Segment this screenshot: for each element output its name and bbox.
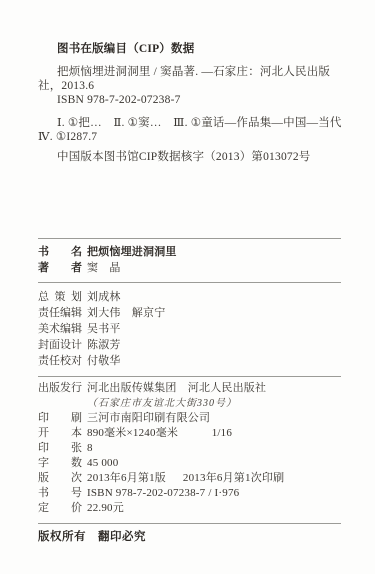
colophon-row-value: 8 [87, 441, 341, 456]
colophon-row-value: 22.90元 [87, 501, 341, 516]
colophon-row-value: 付敬华 [87, 353, 341, 369]
colophon-row-author: 著 者 窦 晶 [38, 260, 341, 276]
colophon-row-price: 定 价 22.90元 [38, 501, 341, 516]
colophon-row-value: 三河市南阳印刷有限公司 [87, 411, 341, 426]
colophon-row-art-editor: 美术编辑 吴书平 [38, 321, 341, 337]
colophon-row-label: 总 策 划 [38, 289, 82, 305]
colophon-row-book-title: 书 名 把烦恼埋进洞洞里 [38, 244, 341, 260]
colophon-row-label: 印 刷 [38, 411, 82, 426]
colophon-row-value: 吴书平 [87, 321, 341, 337]
colophon-row-label: 美术编辑 [38, 321, 82, 337]
colophon-row-publisher: 出版发行 河北出版传媒集团 河北人民出版社 [38, 381, 341, 396]
cip-isbn-line: ISBN 978-7-202-07238-7 [57, 93, 343, 107]
colophon-row-label: 书 号 [38, 486, 82, 501]
cip-entry-line-1: 把烦恼埋进洞洞里 / 窦晶著. —石家庄：河北人民出版 [57, 65, 343, 79]
colophon-row-value: 45 000 [87, 456, 341, 471]
colophon-row-word-count: 字 数 45 000 [38, 456, 341, 471]
colophon-row-value: 窦 晶 [87, 260, 341, 276]
colophon-row-label: 著 者 [38, 260, 82, 276]
colophon-row-publisher-address: （石家庄市友谊北大街330号） [38, 396, 341, 411]
colophon-row-sheets: 印 张 8 [38, 441, 341, 456]
colophon-row-value: 陈淑芳 [87, 337, 341, 353]
colophon-row-label: 出版发行 [38, 381, 82, 396]
colophon-row-label: 封面设计 [38, 337, 82, 353]
colophon-row-cover-design: 封面设计 陈淑芳 [38, 337, 341, 353]
colophon-row-label: 责任编辑 [38, 305, 82, 321]
colophon-row-label: 书 名 [38, 244, 82, 260]
colophon-row-chief-planner: 总 策 划 刘成林 [38, 289, 341, 305]
cip-entry-line-2: 社，2013.6 [38, 79, 343, 93]
colophon-row-edition: 版 次 2013年6月第1版 2013年6月第1次印刷 [38, 471, 341, 486]
colophon-row-responsible-editor: 责任编辑 刘大伟 解京宁 [38, 305, 341, 321]
colophon-row-label: 定 价 [38, 501, 82, 516]
book-copyright-page: 图书在版编目（CIP）数据 把烦恼埋进洞洞里 / 窦晶著. —石家庄：河北人民出… [0, 0, 375, 574]
colophon-row-value: 刘成林 [87, 289, 341, 305]
colophon-row-value: 刘大伟 解京宁 [87, 305, 341, 321]
cip-record-number-line: 中国版本图书馆CIP数据核字（2013）第013072号 [57, 150, 343, 164]
colophon-row-value: 把烦恼埋进洞洞里 [87, 244, 341, 260]
cip-heading: 图书在版编目（CIP）数据 [57, 42, 343, 56]
colophon-table: 书 名 把烦恼埋进洞洞里 著 者 窦 晶 总 策 划 刘成林 责任编辑 刘大伟 … [38, 238, 341, 524]
colophon-row-value: 2013年6月第1版 2013年6月第1次印刷 [87, 471, 341, 486]
colophon-row-label: 印 张 [38, 441, 82, 456]
colophon-row-format: 开 本 890毫米×1240毫米 1/16 [38, 426, 341, 441]
colophon-staff-section: 总 策 划 刘成林 责任编辑 刘大伟 解京宁 美术编辑 吴书平 封面设计 陈淑芳… [38, 283, 341, 377]
colophon-row-label: 字 数 [38, 456, 82, 471]
colophon-title-section: 书 名 把烦恼埋进洞洞里 著 者 窦 晶 [38, 238, 341, 283]
colophon-row-proofreader: 责任校对 付敬华 [38, 353, 341, 369]
cip-classification-line-2: Ⅳ. ①I287.7 [38, 130, 343, 144]
colophon-row-label: 版 次 [38, 471, 82, 486]
colophon-row-value: 890毫米×1240毫米 1/16 [87, 426, 341, 441]
colophon-row-label: 责任校对 [38, 353, 82, 369]
colophon-row-printer: 印 刷 三河市南阳印刷有限公司 [38, 411, 341, 426]
colophon-publishing-section: 出版发行 河北出版传媒集团 河北人民出版社 （石家庄市友谊北大街330号） 印 … [38, 377, 341, 524]
cip-classification-line-1: Ⅰ. ①把… Ⅱ. ①窦… Ⅲ. ①童话—作品集—中国—当代 [57, 116, 343, 130]
colophon-row-value: ISBN 978-7-202-07238-7 / I·976 [87, 486, 341, 501]
cip-data-block: 图书在版编目（CIP）数据 把烦恼埋进洞洞里 / 窦晶著. —石家庄：河北人民出… [38, 42, 343, 164]
colophon-row-label: 开 本 [38, 426, 82, 441]
colophon-row-value: 河北出版传媒集团 河北人民出版社 [87, 381, 341, 396]
copyright-notice: 版权所有 翻印必究 [38, 528, 146, 544]
publisher-address-note: （石家庄市友谊北大街330号） [87, 396, 341, 411]
colophon-row-book-number: 书 号 ISBN 978-7-202-07238-7 / I·976 [38, 486, 341, 501]
